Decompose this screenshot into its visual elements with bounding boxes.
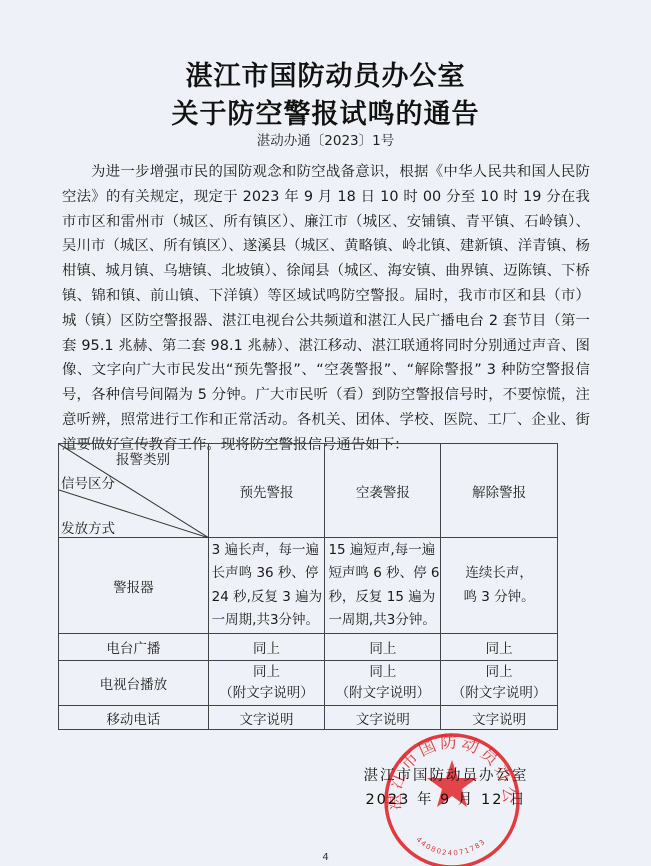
- table-header-row: 报警类别 信号区分 发放方式 预先警报 空袭警报 解除警报: [59, 444, 558, 538]
- table-row: 电台广播 同上 同上 同上: [59, 634, 558, 661]
- table-row: 移动电话 文字说明 文字说明 文字说明: [59, 706, 558, 730]
- cell-line: （附文字说明）: [325, 683, 440, 704]
- table-cell: 连续长声， 鸣 3 分钟。: [441, 538, 558, 634]
- table-cell: 同上 （附文字说明）: [208, 661, 325, 706]
- table-cell: 同上 （附文字说明）: [325, 661, 441, 706]
- header-delivery-method: 发放方式: [61, 517, 115, 537]
- header-alarm-category: 报警类别: [116, 448, 170, 468]
- cell-line: 一周期,共3分钟。: [212, 609, 325, 633]
- header-signal-type: 信号区分: [61, 472, 115, 492]
- table-row: 警报器 3 遍长声，每一遍 长声鸣 36 秒、停 24 秒,反复 3 遍为 一周…: [59, 538, 558, 634]
- table-cell: 同上: [325, 634, 441, 661]
- signature-date: 2023 年 9 月 12 日: [356, 788, 536, 809]
- row-label: 移动电话: [59, 706, 209, 730]
- column-header-preliminary: 预先警报: [208, 444, 325, 538]
- cell-line: （附文字说明）: [441, 683, 557, 704]
- table-cell: 文字说明: [325, 706, 441, 730]
- table-row: 电视台播放 同上 （附文字说明） 同上 （附文字说明） 同上 （附文字说明）: [59, 661, 558, 706]
- cell-line: 24 秒,反复 3 遍为: [212, 586, 325, 610]
- cell-line: 短声鸣 6 秒、停 6: [328, 562, 440, 586]
- alarm-signal-table: 报警类别 信号区分 发放方式 预先警报 空袭警报 解除警报 警报器 3 遍长声，…: [58, 443, 558, 730]
- cell-line: 鸣 3 分钟。: [441, 586, 557, 610]
- table-cell: 同上 （附文字说明）: [441, 661, 558, 706]
- table-cell: 同上: [441, 634, 558, 661]
- column-header-air-raid: 空袭警报: [325, 444, 441, 538]
- cell-line: 3 遍长声，每一遍: [212, 539, 325, 563]
- table-cell: 3 遍长声，每一遍 长声鸣 36 秒、停 24 秒,反复 3 遍为 一周期,共3…: [208, 538, 325, 634]
- signature-organization: 湛江市国防动员办公室: [356, 764, 536, 785]
- row-label: 电台广播: [59, 634, 209, 661]
- cell-line: 同上: [441, 662, 557, 683]
- page-number: 4: [0, 852, 651, 863]
- cell-line: 同上: [209, 662, 325, 683]
- document-title-line1: 湛江市国防动员办公室: [0, 54, 651, 93]
- diagonal-header-cell: 报警类别 信号区分 发放方式: [59, 444, 209, 538]
- cell-line: 秒，反复 15 遍为: [328, 586, 440, 610]
- row-label: 电视台播放: [59, 661, 209, 706]
- document-number: 湛动办通〔2023〕1号: [0, 129, 651, 149]
- column-header-all-clear: 解除警报: [441, 444, 558, 538]
- document-title-line2: 关于防空警报试鸣的通告: [0, 92, 651, 131]
- notice-paragraph: 为进一步增强市民的国防观念和防空战备意识，根据《中华人民共和国人民防空法》的有关…: [62, 160, 590, 458]
- cell-line: 长声鸣 36 秒、停: [212, 562, 325, 586]
- cell-line: 连续长声，: [441, 562, 557, 586]
- table-cell: 文字说明: [208, 706, 325, 730]
- table-cell: 文字说明: [441, 706, 558, 730]
- cell-line: 一周期,共3分钟。: [328, 609, 440, 633]
- cell-line: （附文字说明）: [209, 683, 325, 704]
- row-label: 警报器: [59, 538, 209, 634]
- cell-line: 15 遍短声,每一遍: [328, 539, 440, 563]
- table-cell: 15 遍短声,每一遍 短声鸣 6 秒、停 6 秒，反复 15 遍为 一周期,共3…: [325, 538, 441, 634]
- table-cell: 同上: [208, 634, 325, 661]
- cell-line: 同上: [325, 662, 440, 683]
